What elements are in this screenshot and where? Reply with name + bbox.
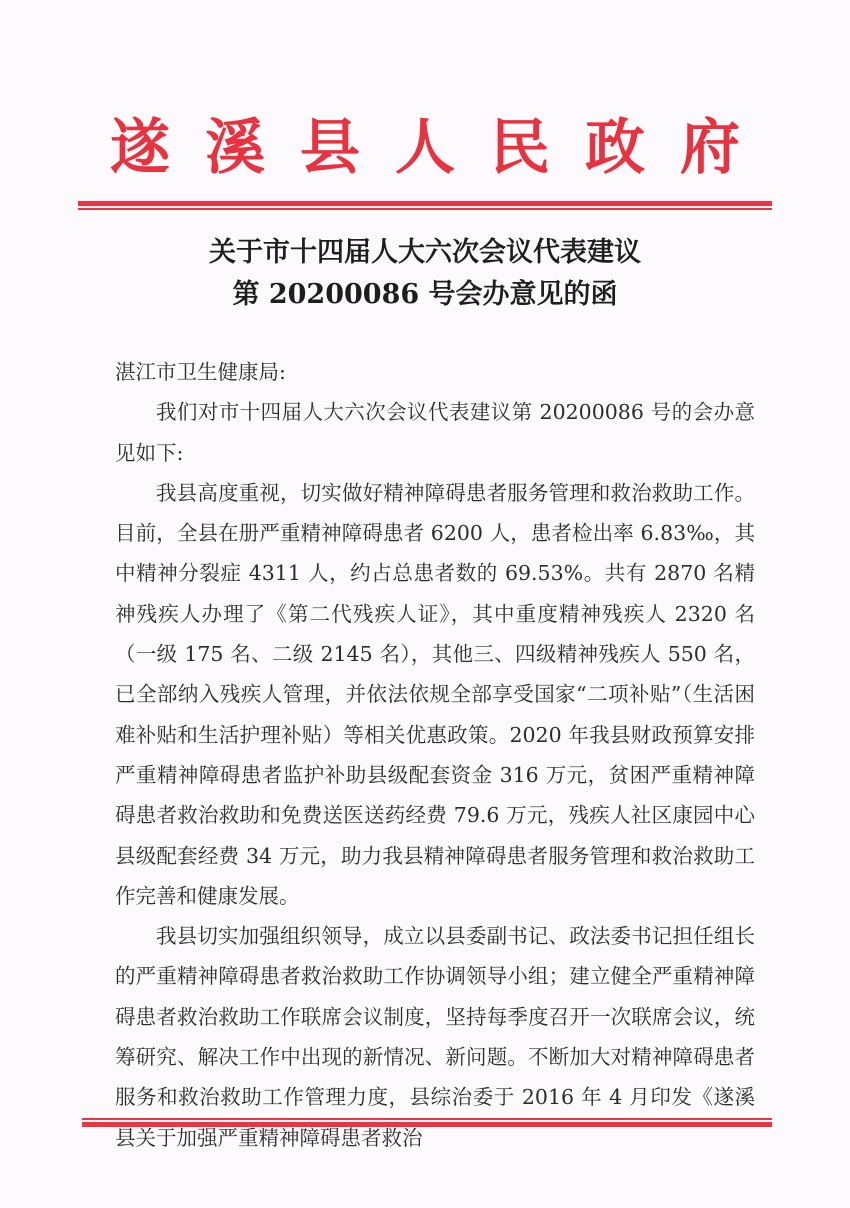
masthead-char: 县 bbox=[300, 118, 360, 178]
masthead: 遂 溪 县 人 民 政 府 bbox=[80, 108, 770, 188]
salutation: 湛江市卫生健康局: bbox=[115, 352, 755, 392]
masthead-char: 府 bbox=[680, 118, 740, 178]
masthead-char: 遂 bbox=[110, 118, 170, 178]
footer-rule-thin bbox=[82, 1118, 772, 1120]
paragraph: 我们对市十四届人大六次会议代表建议第 20200086 号的会办意见如下: bbox=[115, 392, 755, 473]
masthead-char: 人 bbox=[395, 118, 455, 178]
header-rule-thin bbox=[78, 208, 772, 210]
masthead-char: 政 bbox=[585, 118, 645, 178]
footer-rule-thick bbox=[82, 1122, 772, 1127]
document-title: 关于市十四届人大六次会议代表建议 第 20200086 号会办意见的函 bbox=[100, 232, 750, 316]
masthead-char: 溪 bbox=[205, 118, 265, 178]
header-rule-thick bbox=[78, 201, 772, 206]
paragraph: 我县高度重视，切实做好精神障碍患者服务管理和救治救助工作。目前，全县在册严重精神… bbox=[115, 473, 755, 916]
masthead-char: 民 bbox=[490, 118, 550, 178]
title-line-1: 关于市十四届人大六次会议代表建议 bbox=[100, 232, 750, 274]
document-body: 湛江市卫生健康局: 我们对市十四届人大六次会议代表建议第 20200086 号的… bbox=[115, 352, 755, 1158]
title-line-2: 第 20200086 号会办意见的函 bbox=[100, 274, 750, 316]
